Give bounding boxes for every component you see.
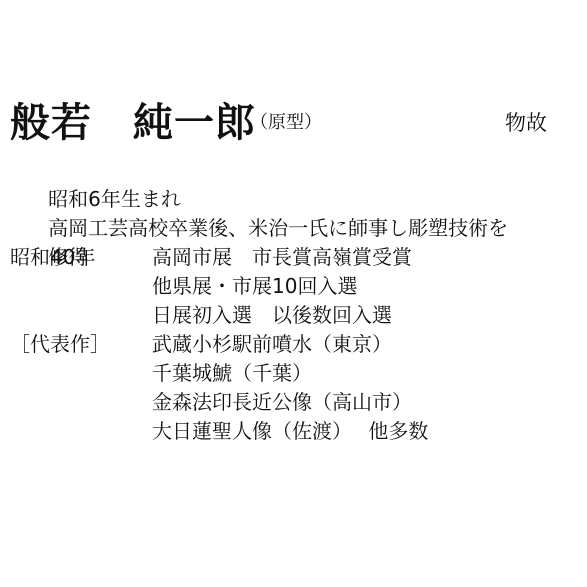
artist-status: 物故 xyxy=(505,108,547,138)
career-entry: 他県展・市展10回入選 xyxy=(152,272,357,301)
artist-name: 般若 純一郎 xyxy=(10,98,256,148)
career-row-3: 日展初入選 以後数回入選 xyxy=(10,301,580,330)
artist-profile-card: 般若 純一郎 （原型） 物故 昭和6年生まれ 高岡工芸高校卒業後、米治一氏に師事… xyxy=(0,0,587,587)
works-row-4: 大日蓮聖人像（佐渡） 他多数 xyxy=(10,417,580,446)
birth-line: 昭和6年生まれ xyxy=(10,156,580,185)
works-row-2: 千葉城鯱（千葉） xyxy=(10,359,580,388)
works-row-3: 金森法印長近公像（高山市） xyxy=(10,388,580,417)
career-year-label: 昭和40年 xyxy=(10,243,95,272)
profile-header: 般若 純一郎 （原型） 物故 xyxy=(10,98,570,148)
works-entry: 大日蓮聖人像（佐渡） 他多数 xyxy=(152,417,428,446)
artist-role: （原型） xyxy=(250,108,322,138)
career-entry: 高岡市展 市長賞高嶺賞受賞 xyxy=(152,243,412,272)
education-line-2: 修得 xyxy=(10,214,580,243)
works-row-1: ［代表作］ 武蔵小杉駅前噴水（東京） xyxy=(10,330,580,359)
works-entry: 武蔵小杉駅前噴水（東京） xyxy=(152,330,392,359)
education-line-1: 高岡工芸高校卒業後、米治一氏に師事し彫塑技術を xyxy=(10,185,580,214)
works-entry: 金森法印長近公像（高山市） xyxy=(152,388,412,417)
profile-body: 昭和6年生まれ 高岡工芸高校卒業後、米治一氏に師事し彫塑技術を 修得 昭和40年… xyxy=(10,156,580,446)
works-entry: 千葉城鯱（千葉） xyxy=(152,359,312,388)
works-label: ［代表作］ xyxy=(10,330,110,359)
career-row-1: 昭和40年 高岡市展 市長賞高嶺賞受賞 xyxy=(10,243,580,272)
career-row-2: 他県展・市展10回入選 xyxy=(10,272,580,301)
career-entry: 日展初入選 以後数回入選 xyxy=(152,301,392,330)
